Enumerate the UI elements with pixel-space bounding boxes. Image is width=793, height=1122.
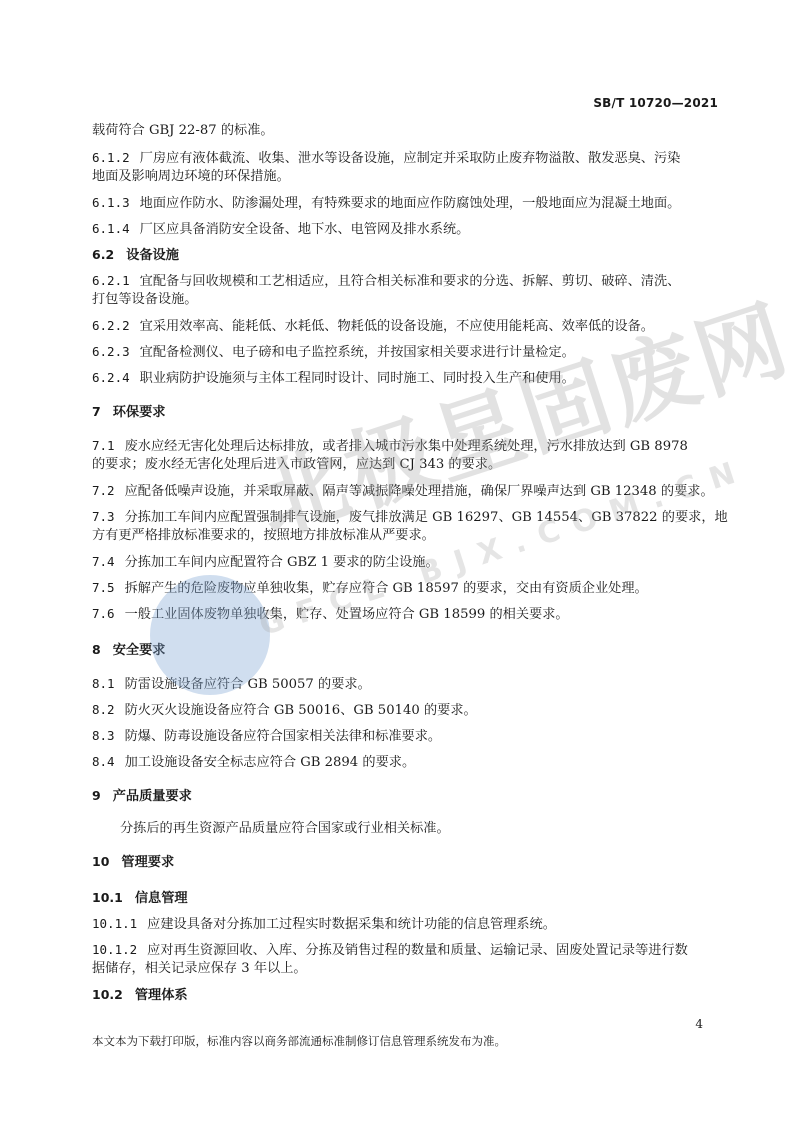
section-heading: 9产品质量要求 [92,786,712,806]
text-line: 8.2防火灭火设施设备应符合 GB 50016、GB 50140 的要求。 [92,700,712,720]
clause-number: 10.1.2 [92,942,137,957]
text-line: 载荷符合 GBJ 22-87 的标准。 [92,121,712,140]
section-heading: 10管理要求 [92,852,712,872]
clause-number: 7 [92,404,101,419]
clause-text: 厂房应有液体截流、收集、泄水等设备设施，应制定并采取防止废弃物溢散、散发恶臭、污… [140,151,681,166]
clause-text: 的要求；废水经无害化处理后进入市政管网，应达到 CJ 343 的要求。 [92,457,501,472]
text-line: 据储存，相关记录应保存 3 年以上。 [92,959,712,978]
page-number: 4 [695,1017,703,1031]
clause-text: 防火灭火设施设备应符合 GB 50016、GB 50140 的要求。 [125,703,477,718]
clause-text: 安全要求 [113,643,166,658]
clause-number: 10.1.1 [92,916,137,931]
clause-number: 6.1.4 [92,221,130,236]
clause-text: 地面及影响周边环境的环保措施。 [92,169,290,184]
text-line: 10.1.2应对再生资源回收、入库、分拣及销售过程的数量和质量、运输记录、固废处… [92,940,712,960]
clause-number: 6.2.4 [92,370,130,385]
clause-number: 7.6 [92,606,115,621]
clause-number: 10.1 [92,890,123,905]
clause-text: 应配备低噪声设施，并采取屏蔽、隔声等减振降噪处理措施，确保厂界噪声达到 GB 1… [125,484,714,499]
text-line: 7.2应配备低噪声设施，并采取屏蔽、隔声等减振降噪处理措施，确保厂界噪声达到 G… [92,481,712,501]
text-line: 打包等设备设施。 [92,290,712,309]
text-line: 8.3防爆、防毒设施设备应符合国家相关法律和标准要求。 [92,726,712,746]
text-line: 6.2.2宜采用效率高、能耗低、水耗低、物耗低的设备设施，不应使用能耗高、效率低… [92,316,712,336]
clause-text: 防爆、防毒设施设备应符合国家相关法律和标准要求。 [125,729,442,744]
text-line: 方有更严格排放标准要求的，按照地方排放标准从严要求。 [92,526,712,545]
clause-text: 分拣加工车间内应配置符合 GBZ 1 要求的防尘设施。 [125,555,439,570]
text-line: 10.1.1应建设具备对分拣加工过程实时数据采集和统计功能的信息管理系统。 [92,914,712,934]
clause-number: 6.2.1 [92,273,130,288]
clause-text: 方有更严格排放标准要求的，按照地方排放标准从严要求。 [92,528,435,543]
clause-text: 宜配备检测仪、电子磅和电子监控系统，并按国家相关要求进行计量检定。 [140,345,575,360]
clause-text: 一般工业固体废物单独收集，贮存、处置场应符合 GB 18599 的相关要求。 [125,607,569,622]
clause-number: 6.1.3 [92,195,130,210]
text-line: 6.2.3宜配备检测仪、电子磅和电子监控系统，并按国家相关要求进行计量检定。 [92,342,712,362]
clause-text: 管理要求 [121,855,174,870]
section-heading: 10.2管理体系 [92,985,712,1005]
section-heading: 6.2设备设施 [92,245,712,265]
document-page: SB/T 10720—2021 载荷符合 GBJ 22-87 的标准。6.1.2… [0,0,793,1122]
clause-text: 打包等设备设施。 [92,292,198,307]
clause-text: 职业病防护设施须与主体工程同时设计、同时施工、同时投入生产和使用。 [140,371,575,386]
clause-text: 宜配备与回收规模和工艺相适应，且符合相关标准和要求的分选、拆解、剪切、破碎、清洗… [140,274,681,289]
clause-number: 10 [92,854,109,869]
clause-number: 10.2 [92,987,123,1002]
clause-text: 废水应经无害化处理后达标排放，或者排入城市污水集中处理系统处理，污水排放达到 G… [125,439,688,454]
clause-text: 应对再生资源回收、入库、分拣及销售过程的数量和质量、运输记录、固废处置记录等进行… [147,943,688,958]
text-line: 8.1防雷设施设备应符合 GB 50057 的要求。 [92,674,712,694]
clause-number: 8.4 [92,754,115,769]
standard-code: SB/T 10720—2021 [593,96,718,110]
clause-text: 产品质量要求 [113,789,192,804]
text-line: 8.4加工设施设备安全标志应符合 GB 2894 的要求。 [92,752,712,772]
clause-number: 6.1.2 [92,150,130,165]
clause-number: 8.3 [92,728,115,743]
text-line: 6.2.4职业病防护设施须与主体工程同时设计、同时施工、同时投入生产和使用。 [92,368,712,388]
product-quality-paragraph: 分拣后的再生资源产品质量应符合国家或行业相关标准。 [120,819,740,838]
text-line: 7.3分拣加工车间内应配置强制排气设施，废气排放满足 GB 16297、GB 1… [92,507,712,527]
clause-text: 宜采用效率高、能耗低、水耗低、物耗低的设备设施，不应使用能耗高、效率低的设备。 [140,319,654,334]
clause-number: 7.3 [92,509,115,524]
clause-text: 据储存，相关记录应保存 3 年以上。 [92,961,307,976]
clause-number: 8.1 [92,676,115,691]
section-heading: 8安全要求 [92,640,712,660]
text-line: 的要求；废水经无害化处理后进入市政管网，应达到 CJ 343 的要求。 [92,455,712,474]
clause-number: 9 [92,788,101,803]
clause-text: 分拣加工车间内应配置强制排气设施，废气排放满足 GB 16297、GB 1455… [125,510,728,525]
clause-number: 7.1 [92,438,115,453]
clause-text: 应建设具备对分拣加工过程实时数据采集和统计功能的信息管理系统。 [147,917,556,932]
footer-note: 本文本为下载打印版，标准内容以商务部流通标准制修订信息管理系统发布为准。 [92,1033,506,1049]
clause-text: 载荷符合 GBJ 22-87 的标准。 [92,123,274,138]
text-line: 6.1.2厂房应有液体截流、收集、泄水等设备设施，应制定并采取防止废弃物溢散、散… [92,148,712,168]
clause-text: 管理体系 [135,988,188,1003]
text-line: 6.2.1宜配备与回收规模和工艺相适应，且符合相关标准和要求的分选、拆解、剪切、… [92,271,712,291]
text-line: 地面及影响周边环境的环保措施。 [92,167,712,186]
clause-number: 6.2.2 [92,318,130,333]
text-line: 7.1废水应经无害化处理后达标排放，或者排入城市污水集中处理系统处理，污水排放达… [92,436,712,456]
clause-number: 7.5 [92,580,115,595]
text-line: 7.6一般工业固体废物单独收集，贮存、处置场应符合 GB 18599 的相关要求… [92,604,712,624]
clause-number: 6.2.3 [92,344,130,359]
clause-number: 8.2 [92,702,115,717]
clause-text: 设备设施 [126,248,179,263]
text-line: 7.5拆解产生的危险废物应单独收集，贮存应符合 GB 18597 的要求，交由有… [92,578,712,598]
clause-text: 厂区应具备消防安全设备、地下水、电管网及排水系统。 [140,222,470,237]
section-heading: 10.1信息管理 [92,888,712,908]
clause-text: 信息管理 [135,891,188,906]
text-line: 7.4分拣加工车间内应配置符合 GBZ 1 要求的防尘设施。 [92,552,712,572]
clause-text: 地面应作防水、防渗漏处理，有特殊要求的地面应作防腐蚀处理，一般地面应为混凝土地面… [140,196,681,211]
clause-text: 拆解产生的危险废物应单独收集，贮存应符合 GB 18597 的要求，交由有资质企… [125,581,648,596]
clause-number: 8 [92,642,101,657]
clause-number: 7.4 [92,554,115,569]
text-line: 6.1.4厂区应具备消防安全设备、地下水、电管网及排水系统。 [92,219,712,239]
section-heading: 7环保要求 [92,402,712,422]
clause-number: 6.2 [92,247,114,262]
clause-text: 环保要求 [113,405,166,420]
clause-text: 防雷设施设备应符合 GB 50057 的要求。 [125,677,371,692]
clause-number: 7.2 [92,483,115,498]
text-line: 6.1.3地面应作防水、防渗漏处理，有特殊要求的地面应作防腐蚀处理，一般地面应为… [92,193,712,213]
clause-text: 加工设施设备安全标志应符合 GB 2894 的要求。 [125,755,416,770]
